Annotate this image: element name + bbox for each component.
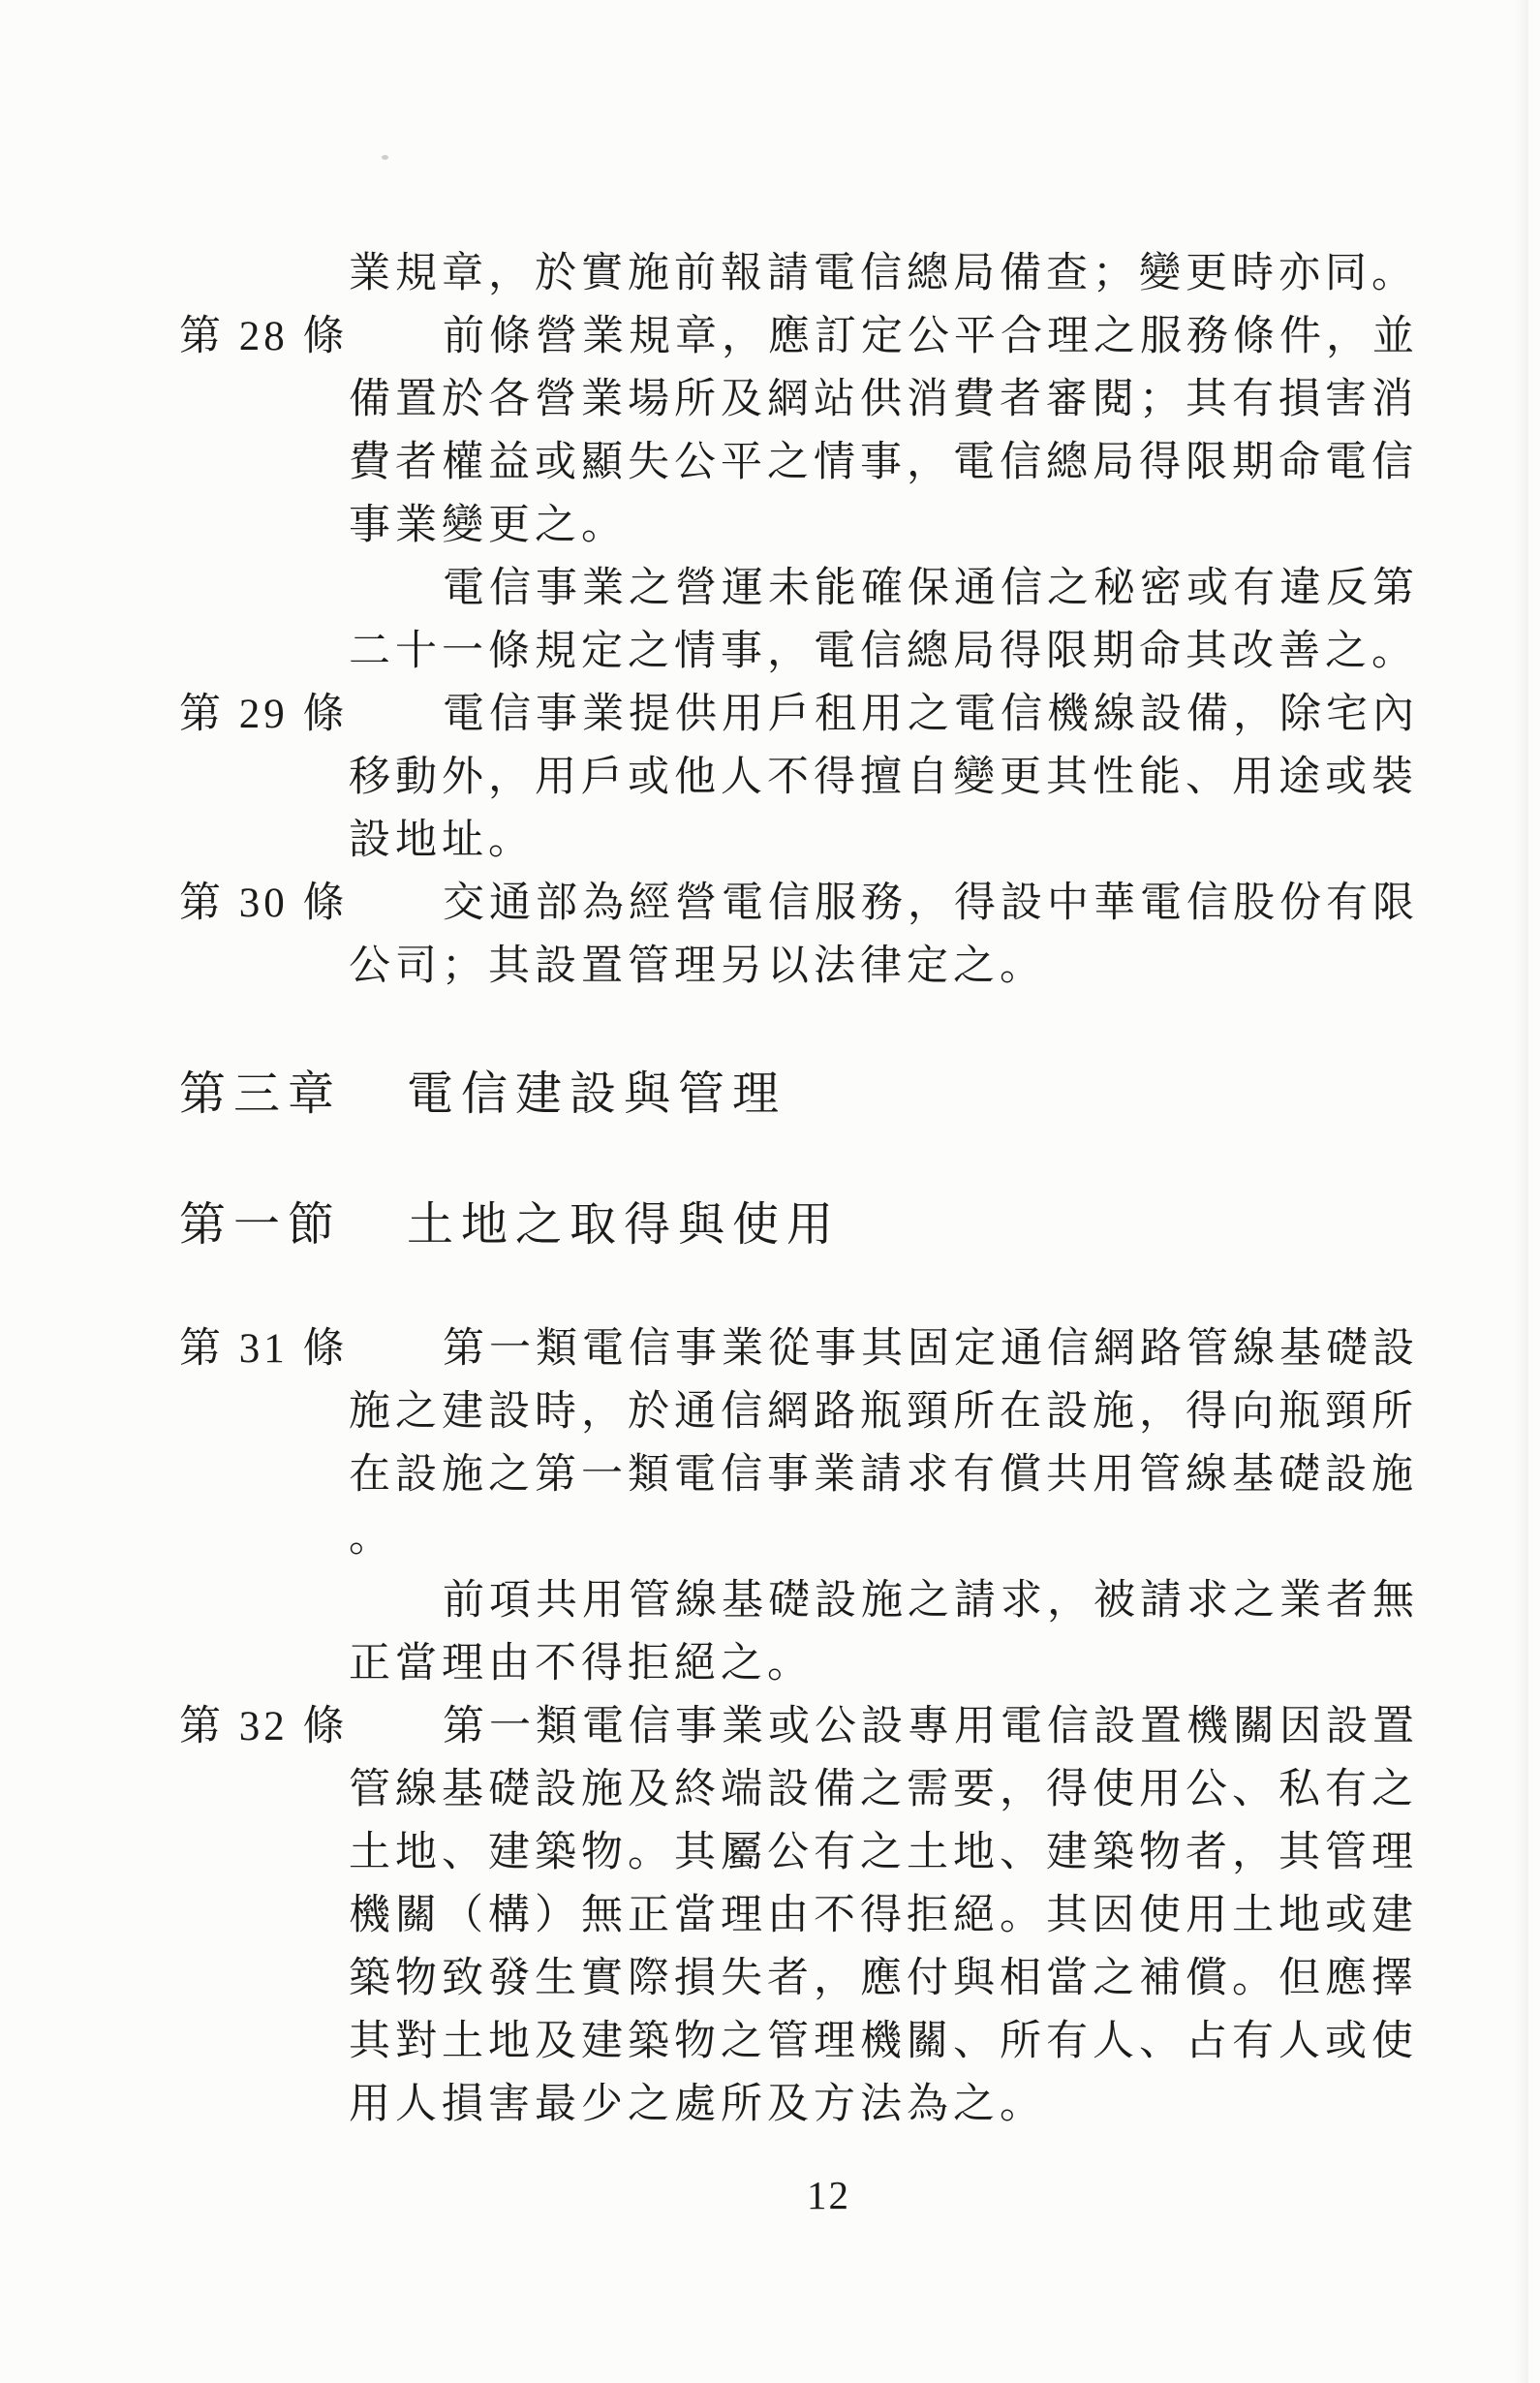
law-text-line: 設地址。 [0,807,1540,870]
law-line-text: 二十一條規定之情事，電信總局得限期命其改善之。 [349,618,1418,677]
section-heading: 第一節 土地之取得與使用 [0,1187,1540,1247]
law-text-line: 土地、建築物。其屬公有之土地、建築物者，其管理 [0,1819,1540,1882]
page-number: 12 [807,2172,850,2218]
law-line-text: 費者權益或顯失公平之情事，電信總局得限期命電信 [349,429,1418,488]
law-text-line: 。 [0,1504,1540,1567]
law-line-text: 在設施之第一類電信事業請求有償共用管線基礎設施 [349,1441,1418,1501]
law-line-text: 其對土地及建築物之管理機關、所有人、占有人或使 [349,2008,1418,2067]
article-number-label: 第 32 條 [179,1693,349,1752]
law-line-text: 業規章，於實施前報請電信總局備查；變更時亦同。 [349,240,1418,299]
law-text-line: 備置於各營業場所及網站供消費者審閱；其有損害消 [0,366,1540,429]
law-text-line: 費者權益或顯失公平之情事，電信總局得限期命電信 [0,429,1540,492]
text-block-top: 業規章，於實施前報請電信總局備查；變更時亦同。 第 28 條 前條營業規章，應訂… [0,240,1540,996]
article-number-label: 第 28 條 [179,303,349,362]
law-text-line: 二十一條規定之情事，電信總局得限期命其改善之。 [0,618,1540,681]
law-text-line: 其對土地及建築物之管理機關、所有人、占有人或使 [0,2008,1540,2071]
law-text-line: 電信事業之營運未能確保通信之秘密或有違反第 [0,555,1540,618]
law-line-text: 備置於各營業場所及網站供消費者審閱；其有損害消 [349,366,1418,425]
law-text-line: 用人損害最少之處所及方法為之。 [0,2071,1540,2134]
law-line-text: 前項共用管線基礎設施之請求，被請求之業者無 [443,1567,1419,1626]
law-text-line: 第 29 條 電信事業提供用戶租用之電信機線設備，除宅內 [0,681,1540,744]
law-text-line: 管線基礎設施及終端設備之需要，得使用公、私有之 [0,1756,1540,1819]
law-text-line: 正當理由不得拒絕之。 [0,1630,1540,1693]
law-line-text: 正當理由不得拒絕之。 [349,1630,814,1689]
law-line-text: 築物致發生實際損失者，應付與相當之補償。但應擇 [349,1945,1418,2004]
law-line-text: 電信事業之營運未能確保通信之秘密或有違反第 [443,555,1419,614]
law-text-line: 施之建設時，於通信網路瓶頸所在設施，得向瓶頸所 [0,1378,1540,1441]
law-text-line: 築物致發生實際損失者，應付與相當之補償。但應擇 [0,1945,1540,2008]
law-line-text: 用人損害最少之處所及方法為之。 [349,2071,1046,2130]
law-line-text: 施之建設時，於通信網路瓶頸所在設施，得向瓶頸所 [349,1378,1418,1438]
law-text-line: 第 32 條 第一類電信事業或公設專用電信設置機關因設置 [0,1693,1540,1756]
chapter-heading: 第三章 電信建設與管理 [0,1056,1540,1116]
law-text-line: 第 28 條 前條營業規章，應訂定公平合理之服務條件，並 [0,303,1540,366]
law-line-text: 第一類電信事業從事其固定通信網路管線基礎設 [443,1315,1419,1375]
chapter-number: 第三章 [179,1056,342,1123]
article-number-label: 第 31 條 [179,1315,349,1375]
law-text-line: 業規章，於實施前報請電信總局備查；變更時亦同。 [0,240,1540,303]
law-text-line: 前項共用管線基礎設施之請求，被請求之業者無 [0,1567,1540,1630]
law-text-line: 事業變更之。 [0,492,1540,555]
text-block-bottom: 第 31 條 第一類電信事業從事其固定通信網路管線基礎設 施之建設時，於通信網路… [0,1315,1540,2134]
law-line-text: 土地、建築物。其屬公有之土地、建築物者，其管理 [349,1819,1418,1878]
law-line-text: 。 [349,1504,395,1563]
law-line-text: 移動外，用戶或他人不得擅自變更其性能、用途或裝 [349,744,1418,803]
law-line-text: 交通部為經營電信服務，得設中華電信股份有限 [443,870,1419,929]
law-line-text: 公司；其設置管理另以法律定之。 [349,933,1046,992]
law-line-text: 機關（構）無正當理由不得拒絕。其因使用土地或建 [349,1882,1418,1941]
law-line-text: 前條營業規章，應訂定公平合理之服務條件，並 [443,303,1419,362]
article-number-label: 第 29 條 [179,681,349,740]
law-line-text: 第一類電信事業或公設專用電信設置機關因設置 [443,1693,1419,1752]
section-title: 土地之取得與使用 [407,1187,841,1253]
law-line-text: 事業變更之。 [349,492,628,551]
law-line-text: 管線基礎設施及終端設備之需要，得使用公、私有之 [349,1756,1418,1815]
law-line-text: 電信事業提供用戶租用之電信機線設備，除宅內 [443,681,1419,740]
document-page: 業規章，於實施前報請電信總局備查；變更時亦同。 第 28 條 前條營業規章，應訂… [0,0,1540,2383]
law-text-line: 第 30 條 交通部為經營電信服務，得設中華電信股份有限 [0,870,1540,933]
scan-speck-artifact [382,155,388,160]
chapter-title: 電信建設與管理 [407,1056,786,1123]
law-text-line: 移動外，用戶或他人不得擅自變更其性能、用途或裝 [0,744,1540,807]
law-text-line: 機關（構）無正當理由不得拒絕。其因使用土地或建 [0,1882,1540,1945]
law-line-text: 設地址。 [349,807,535,866]
article-number-label: 第 30 條 [179,870,349,929]
law-text-line: 第 31 條 第一類電信事業從事其固定通信網路管線基礎設 [0,1315,1540,1378]
law-text-line: 在設施之第一類電信事業請求有償共用管線基礎設施 [0,1441,1540,1504]
section-number: 第一節 [179,1187,342,1253]
law-text-line: 公司；其設置管理另以法律定之。 [0,933,1540,996]
